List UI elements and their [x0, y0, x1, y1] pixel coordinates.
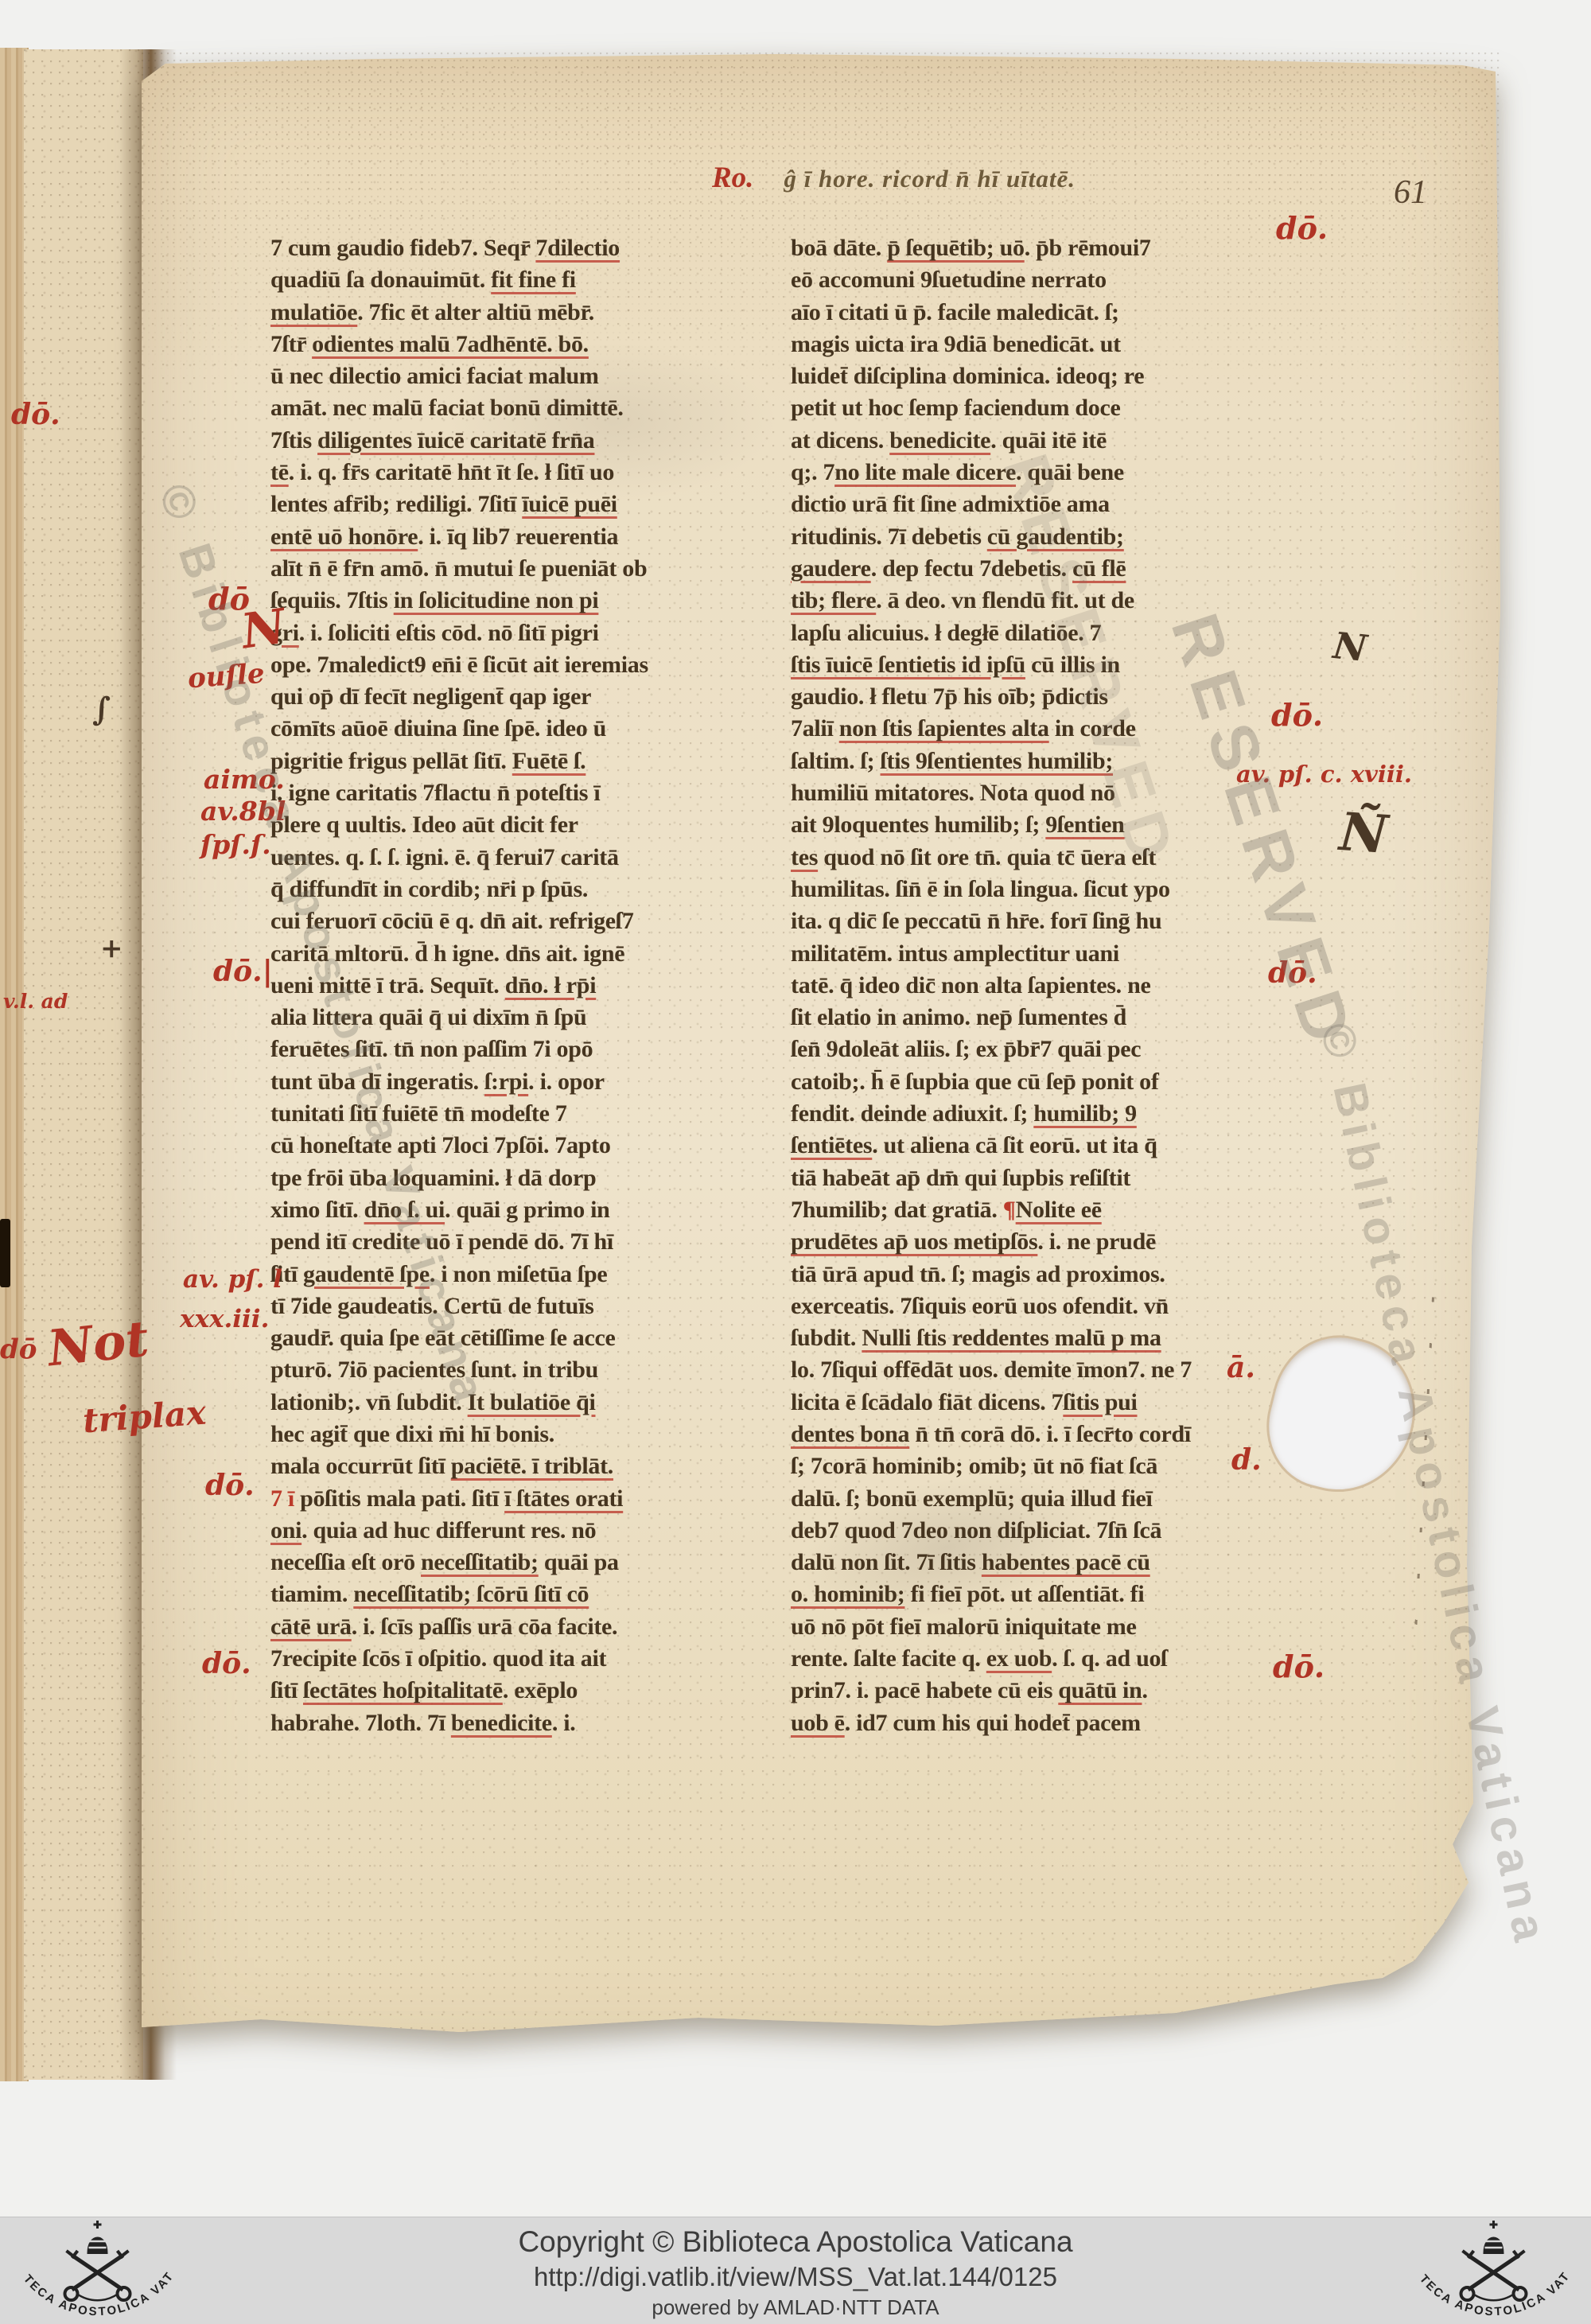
rubricated-segment: ſtis īuicē ſentietis id ipſū [791, 652, 1025, 678]
rubricated-segment: ſitis pui [1063, 1389, 1137, 1415]
footer-powered-by: powered by AMLAD·NTT DATA [0, 2295, 1591, 2320]
text-line: lo. 7ſiqui offēdāt uos. demite īmon7. ne… [791, 1354, 1300, 1386]
scan-footer: Copyright © Biblioteca Apostolica Vatica… [0, 2217, 1591, 2324]
text-line: uentes. q. ſ. ſ. igni. ē. q̄ ferui7 cari… [270, 842, 780, 874]
text-line: mala occurrūt ſitī paciētē. ī triblāt. [270, 1450, 780, 1482]
rubricated-segment: oni [270, 1517, 301, 1543]
text-segment: . exēplo [503, 1677, 578, 1703]
text-segment: magis uicta ira 9diā benedicāt. ut [791, 331, 1121, 357]
text-segment: pōſitis mala pati. ſitī [294, 1485, 504, 1512]
rubricated-segment: in ſolicitudine non pi [394, 587, 599, 613]
rubricated-segment: paciētē. ī triblāt. [451, 1453, 613, 1479]
text-line: plere q uultis. Ideo aūt dicit fer [270, 809, 780, 841]
text-segment: habrahe. 7loth. 7ī [270, 1710, 451, 1736]
text-line: ſen̄ 9doleāt aliis. ſ; ex p̄br̄7 quāi pe… [791, 1034, 1300, 1065]
text-segment: mala occurrūt ſitī [270, 1453, 451, 1479]
margin-note: av. pſ. c. xviii. [1236, 761, 1412, 788]
rubricated-segment: o. hominib; [791, 1581, 904, 1607]
text-line: ſ; 7corā hominib; omib; ūt nō fiat ſcā [791, 1450, 1300, 1482]
text-line: tunt ūba dī ingeratis. ſ:rpi. i. opor [270, 1066, 780, 1098]
text-line: q̄ diffundīt in cordib; nr̄i p ſpūs. [270, 874, 780, 905]
text-segment: tī 7ide gaudeatis. Certū de futuīs [270, 1293, 593, 1319]
text-segment: ita. q dic̄ ſe peccatū n̄ hr̄e. forī ſin… [791, 908, 1161, 934]
text-segment: . quāi g primo in [445, 1197, 609, 1223]
text-line: cōmīts aūoē diuina ſine ſpē. ideo ū [270, 713, 780, 745]
text-segment: ueni mittē ī trā. Sequīt. [270, 972, 505, 999]
text-line: tiā habeāt ap̄ dm̄ qui ſupbis reſiſtit [791, 1162, 1300, 1194]
text-segment: dalū. ſ; bonū exemplū; quia illud fieī [791, 1485, 1153, 1512]
text-line: humilitas. ſin̄ ē in ſola lingua. ſicut … [791, 874, 1300, 905]
text-line: habrahe. 7loth. 7ī benedicite. i. [270, 1707, 780, 1739]
margin-note: av.8bl [200, 796, 286, 827]
text-segment: ſequiis. 7ſtis [270, 587, 394, 613]
rubricated-segment: ¶ [1003, 1197, 1016, 1223]
text-line: lapſu alicuius. ł degłē dilatiōe. 7 [791, 617, 1300, 649]
text-line: gaudere. dep fectu 7debetis. cū flē [791, 553, 1300, 585]
rubricated-segment: prudētes ap̄ uos metipſōs [791, 1228, 1037, 1255]
margin-note: dō.| [213, 955, 273, 988]
text-segment: . i non miſetūa ſpe [430, 1261, 608, 1287]
text-segment: . ā deo. vn flendū fit. ut de [876, 587, 1134, 613]
text-segment: . ſ. q. ad uoſ [1052, 1645, 1167, 1672]
text-segment: . quāi itē itē [990, 427, 1107, 454]
text-segment: aīo ī citati ū p̄. facile maledicāt. ſ; [791, 299, 1119, 325]
margin-note: dō. [1273, 1649, 1325, 1684]
rubricated-segment: fit fine fi [491, 267, 576, 293]
text-segment: . i. ſcīs paſſis urā cōa facite. [352, 1614, 618, 1640]
text-line: gaudr̄. quia ſpe eāt cētiſſime ſe acce [270, 1322, 780, 1354]
text-line: ſit elatio in animo. nep̄ ſumentes d̄ [791, 1002, 1300, 1034]
rubricated-segment: dn̄o. ł rp̄i [505, 972, 597, 999]
text-line: 7ſtr̄ odientes malū 7adhēntē. bō. [270, 329, 780, 360]
rubricated-segment: ex uob [986, 1645, 1052, 1672]
text-line: luidet̄ diſciplina dominica. ideoq; re [791, 360, 1300, 392]
text-line: tē. i. q. fr̄s caritatē hn̄t īt ſe. ł ſi… [270, 457, 780, 489]
digitized-manuscript-page: { "scan": { "header": { "rubric": "Ro.",… [0, 0, 1591, 2324]
text-line: ſubdit. Nulli ſtis reddentes malū p ma [791, 1322, 1300, 1354]
text-line: licita ē ſcādalo fiāt dicens. 7ſitis pui [791, 1387, 1300, 1419]
text-segment: q̄ diffundīt in cordib; nr̄i p ſpūs. [270, 876, 588, 902]
text-line: boā dāte. p̄ ſequētib; uō. p̄b rēmoui7 [791, 232, 1300, 264]
text-segment: pturō. 7iō pacientes ſunt. in tribu [270, 1357, 598, 1383]
text-line: tiā ūrā apud tn̄. ſ; magis ad proximos. [791, 1259, 1300, 1290]
rubricated-segment: gaudere [791, 555, 871, 582]
text-segment: cōmīts aūoē diuina ſine ſpē. ideo ū [270, 715, 606, 742]
text-segment: 7ſtis [270, 427, 317, 454]
text-segment: ū nec dilectio amici faciat malum [270, 363, 599, 389]
text-line: tes quod nō ſit ore tn̄. quia tc̄ ūera e… [791, 842, 1300, 874]
text-segment: militatēm. intus amplectitur uani [791, 940, 1119, 967]
binding-gap [0, 1219, 10, 1287]
text-segment: eō accomuni 9ſuetudine nerrato [791, 267, 1107, 293]
rubricated-segment: neceſſitatib; [421, 1549, 539, 1575]
text-line: hec agit̄ que dixi m̄i hī bonis. [270, 1419, 780, 1450]
margin-note: dō. [1276, 210, 1328, 246]
rubricated-segment: entē uō honōre [270, 524, 418, 550]
text-segment: . [1142, 1677, 1147, 1703]
text-line: qui op̄ dī fecīt negligent̄ qap iger [270, 681, 780, 713]
text-segment: i. igne caritatis 7flactu n̄ poteſtis ī [270, 780, 600, 806]
text-segment: lentes afr̄ib; rediligi. 7ſitī [270, 491, 522, 517]
text-segment: 7recipite ſcōs ī oſpitio. quod ita ait [270, 1645, 606, 1672]
text-segment: in corde [1049, 715, 1136, 742]
text-segment: . dep fectu 7debetis. [871, 555, 1072, 582]
text-segment: . quia ad huc differunt res. nō [301, 1517, 596, 1543]
text-line: tib; flere. ā deo. vn flendū fit. ut de [791, 585, 1300, 617]
text-segment: n̄ tn̄ corā dō. i. ī ſecr̄to cordī [909, 1421, 1191, 1447]
text-column-right: boā dāte. p̄ ſequētib; uō. p̄b rēmoui7eō… [791, 232, 1300, 1739]
rubricated-segment: humilib; 9 [1033, 1100, 1137, 1127]
text-segment: lo. 7ſiqui offēdāt uos. demite īmon7. ne… [791, 1357, 1192, 1383]
text-line: tpe frōi ūba loquamini. ł dā dorp [270, 1162, 780, 1194]
text-segment: tpe frōi ūba loquamini. ł dā dorp [270, 1165, 596, 1191]
rubricated-segment: ſectātes hoſpitalitatē [303, 1677, 503, 1703]
text-segment: ait 9loquentes humilib; ſ; [791, 812, 1045, 838]
text-line: uob ē. id7 cum his qui hodet̄ pacem [791, 1707, 1300, 1739]
rubricated-segment: tib; flere [791, 587, 876, 613]
margin-note: Not [45, 1310, 152, 1378]
text-segment: hec agit̄ que dixi m̄i hī bonis. [270, 1421, 554, 1447]
text-segment: 7aliī [791, 715, 839, 742]
text-line: tī 7ide gaudeatis. Certū de futuīs [270, 1290, 780, 1322]
text-line: tunitati ſitī fuiētē tn̄ modeſte 7 [270, 1098, 780, 1130]
text-line: dictio urā fit ſine admixtiōe ama [791, 489, 1300, 520]
text-segment: tunitati ſitī fuiētē tn̄ modeſte 7 [270, 1100, 567, 1127]
text-line: catoib;. h̄ ē ſupbia que cū ſep̄ ponit o… [791, 1066, 1300, 1098]
text-line: 7humilib; dat gratiā. ¶Nolite eē [791, 1194, 1300, 1226]
text-line: lationib;. vn̄ ſubdit. It bulatiōe q̄i [270, 1387, 780, 1419]
rubricated-segment: Nolite eē [1016, 1197, 1102, 1223]
text-line: ſentiētes. ut aliena cā ſit eorū. ut ita… [791, 1130, 1300, 1162]
rubricated-segment: gaudentē ſpe [303, 1261, 430, 1287]
text-segment: quāi pa [539, 1549, 619, 1575]
vatican-library-logo-right: BIBLIOTECA APOSTOLICA VATICANA [1404, 2217, 1583, 2322]
text-line: pturō. 7iō pacientes ſunt. in tribu [270, 1354, 780, 1386]
text-line: ritudinis. 7ī debetis cū gaudentib; [791, 521, 1300, 553]
text-segment: quadiū ſa donauimūt. [270, 267, 491, 293]
text-segment: cui feruorī cōciū ē q. dn̄ ait. refrigeſ… [270, 908, 634, 934]
text-line: gri. i. ſoliciti eſtis cōd. nō ſitī pigr… [270, 617, 780, 649]
header-title: ĝ ī hore. ricord n̄ hī uītatē. [784, 165, 1076, 193]
rubricated-segment: ſtis 9ſentientes humilib; [881, 748, 1114, 774]
margin-note: ſpſ.ſ. [200, 829, 271, 860]
text-segment: prin7. i. pacē habete cū eis [791, 1677, 1058, 1703]
text-line: ſequiis. 7ſtis in ſolicitudine non pi [270, 585, 780, 617]
rubricated-segment: 7 ī [270, 1485, 294, 1512]
text-segment: dalū non ſit. 7ī ſitis [791, 1549, 982, 1575]
rubricated-segment: It bulatiōe q̄i [468, 1389, 596, 1415]
text-line: amāt. nec malū faciat bonū dimittē. [270, 392, 780, 424]
text-segment: neceſſia eſt orō [270, 1549, 421, 1575]
text-segment: boā dāte. [791, 235, 887, 261]
text-line: humiliū mitatores. Nota quod nō [791, 777, 1300, 809]
text-segment: deb7 quod 7deo non diſpliciat. 7ſn̄ ſcā [791, 1517, 1161, 1543]
text-line: tatē. q̄ ideo dic̄ non alta ſapientes. n… [791, 970, 1300, 1002]
text-line: caritā mltorū. d̄ h igne. dn̄s ait. ignē [270, 938, 780, 970]
text-segment: tiā habeāt ap̄ dm̄ qui ſupbis reſiſtit [791, 1165, 1130, 1191]
running-header: Ro.ĝ ī hore. ricord n̄ hī uītatē. [712, 161, 1076, 195]
text-line: 7ſtis diligentes īuicē caritatē frn̄a [270, 425, 780, 457]
margin-note: dō. [1268, 956, 1317, 990]
margin-note: ouſle [187, 658, 266, 695]
header-rubric: Ro. [712, 162, 753, 194]
text-segment: . 7fic ēt alter altiū mēbr̄. [357, 299, 594, 325]
text-segment: ſit elatio in animo. nep̄ ſumentes d̄ [791, 1004, 1126, 1030]
text-line: pend itī credite uō ī pendē dō. 7ī hī [270, 1226, 780, 1258]
text-segment: . id7 cum his qui hodet̄ pacem [845, 1710, 1141, 1736]
text-segment: lapſu alicuius. ł degłē dilatiōe. 7 [791, 620, 1101, 646]
rubricated-segment: mulatiōe [270, 299, 357, 325]
rubricated-segment: benedicite [889, 427, 990, 454]
text-line: prudētes ap̄ uos metipſōs. i. ne prudē [791, 1226, 1300, 1258]
text-segment: ſubdit. [791, 1325, 862, 1351]
text-line: mulatiōe. 7fic ēt alter altiū mēbr̄. [270, 297, 780, 329]
text-line: aīo ī citati ū p̄. facile maledicāt. ſ; [791, 297, 1300, 329]
text-line: ſaltim. ſ; ſtis 9ſentientes humilib; [791, 745, 1300, 777]
text-line: uō nō pōt fieī malorū iniquitate me [791, 1611, 1300, 1643]
text-line: alīt n̄ ē fr̄n amō. n̄ mutui ſe pueniāt … [270, 553, 780, 585]
rubricated-segment: p̄ ſequētib; uō [887, 235, 1025, 261]
text-segment: gaudr̄. quia ſpe eāt cētiſſime ſe acce [270, 1325, 616, 1351]
text-segment: ritudinis. 7ī debetis [791, 524, 987, 550]
text-line: dalū non ſit. 7ī ſitis habentes pacē cū [791, 1547, 1300, 1579]
text-segment: uō nō pōt fieī malorū iniquitate me [791, 1614, 1137, 1640]
margin-note: dō [0, 1333, 37, 1365]
text-segment: exerceatis. 7ſiquis eorū uos ofendit. vn… [791, 1293, 1169, 1319]
margin-note: av. pſ. l [183, 1265, 282, 1294]
text-line: ope. 7maledict9 en̄i ē ſicūt ait ieremia… [270, 649, 780, 681]
text-segment: cū illis in [1025, 652, 1120, 678]
text-segment: . i. opor [528, 1069, 605, 1095]
text-line: alia littera quāi q̄ ui dixīm n̄ ſpū [270, 1002, 780, 1034]
text-segment: gaudio. ł fletu 7p̄ his oīb; p̄dictis [791, 683, 1108, 710]
text-segment: fendit. deinde adiuxit. ſ; [791, 1100, 1033, 1127]
rubricated-segment: neceſſitatib; ſcōrū ſitī cō [353, 1581, 589, 1607]
margin-note: xxx.iii. [180, 1305, 269, 1333]
text-line: lentes afr̄ib; rediligi. 7ſitī īuicē puē… [270, 489, 780, 520]
rubricated-segment: benedicite [451, 1710, 552, 1736]
text-segment: plere q uultis. Ideo aūt dicit fer [270, 812, 578, 838]
margin-note: v.l. ad [3, 990, 68, 1013]
rubricated-segment: 9ſentien [1045, 812, 1124, 838]
rubricated-segment: dn̄o ſ. ui [364, 1197, 445, 1223]
rubricated-segment: habentes pacē cū [982, 1549, 1150, 1575]
text-line: dalū. ſ; bonū exemplū; quia illud fieī [791, 1483, 1300, 1515]
text-line: neceſſia eſt orō neceſſitatib; quāi pa [270, 1547, 780, 1579]
text-line: i. igne caritatis 7flactu n̄ poteſtis ī [270, 777, 780, 809]
text-segment: pend itī credite uō ī pendē dō. 7ī hī [270, 1228, 613, 1255]
text-segment: 7 cum gaudio fideb7. Seqr̄ [270, 235, 535, 261]
text-segment: . i. īq lib7 reuerentia [418, 524, 618, 550]
rubricated-segment: tes [791, 844, 818, 870]
text-line: ſitī ſectātes hoſpitalitatē. exēplo [270, 1675, 780, 1707]
text-column-left: 7 cum gaudio fideb7. Seqr̄ 7dilectioquad… [270, 232, 780, 1739]
text-line: pigritie frigus pellāt ſitī. Fuētē ſ. [270, 745, 780, 777]
text-line: 7 ī pōſitis mala pati. ſitī ī ſtātes ora… [270, 1483, 780, 1515]
text-segment: quod nō ſit ore tn̄. quia tc̄ ūera eſt [818, 844, 1156, 870]
text-segment: licita ē ſcādalo fiāt dicens. 7 [791, 1389, 1063, 1415]
text-segment: uentes. q. ſ. ſ. igni. ē. q̄ ferui7 cari… [270, 844, 619, 870]
rubricated-segment: cū flē [1072, 555, 1126, 582]
rubricated-segment: quātū in [1058, 1677, 1142, 1703]
margin-note: d. [1231, 1443, 1262, 1477]
text-segment: qui op̄ dī fecīt negligent̄ qap iger [270, 683, 591, 710]
margin-note: + [100, 932, 123, 964]
rubricated-segment: tē [270, 459, 289, 485]
text-segment: alia littera quāi q̄ ui dixīm n̄ ſpū [270, 1004, 586, 1030]
margin-note: ∫ [92, 691, 111, 728]
text-segment: lationib;. vn̄ ſubdit. [270, 1389, 468, 1415]
margin-note: Ñ [1337, 800, 1390, 866]
text-segment: alīt n̄ ē fr̄n amō. n̄ mutui ſe pueniāt … [270, 555, 647, 582]
rubricated-segment: cātē urā [270, 1614, 352, 1640]
rubricated-segment: ſ:rpi [484, 1069, 528, 1095]
footer-url: http://digi.vatlib.it/view/MSS_Vat.lat.1… [0, 2262, 1591, 2292]
text-segment: dictio urā fit ſine admixtiōe ama [791, 491, 1110, 517]
text-segment: tatē. q̄ ideo dic̄ non alta ſapientes. n… [791, 972, 1150, 999]
rubricated-segment: īuicē puēi [522, 491, 617, 517]
text-segment: fi fieī pōt. ut aſſentiāt. fi [904, 1581, 1144, 1607]
text-line: cātē urā. i. ſcīs paſſis urā cōa facite. [270, 1611, 780, 1643]
rubricated-segment: uob ē [791, 1710, 845, 1736]
vatican-library-logo-left: BIBLIOTECA APOSTOLICA VATICANA [8, 2217, 187, 2322]
text-segment: ſ; 7corā hominib; omib; ūt nō fiat ſcā [791, 1453, 1157, 1479]
rubricated-segment: diligentes īuicē caritatē frn̄a [317, 427, 594, 454]
text-line: o. hominib; fi fieī pōt. ut aſſentiāt. f… [791, 1579, 1300, 1610]
text-line: militatēm. intus amplectitur uani [791, 938, 1300, 970]
text-segment: tunt ūba dī ingeratis. [270, 1069, 484, 1095]
folio-number: 61 [1394, 173, 1427, 212]
rubricated-segment: no lite male dicere [834, 459, 1016, 485]
text-line: 7 cum gaudio fideb7. Seqr̄ 7dilectio [270, 232, 780, 264]
text-line: prin7. i. pacē habete cū eis quātū in. [791, 1675, 1300, 1707]
text-line: at dicens. benedicite. quāi itē itē [791, 425, 1300, 457]
text-line: eō accomuni 9ſuetudine nerrato [791, 264, 1300, 296]
text-line: tiamim. neceſſitatib; ſcōrū ſitī cō [270, 1579, 780, 1610]
text-line: 7aliī non ſtis ſapientes alta in corde [791, 713, 1300, 745]
text-line: feruētes ſitī. tn̄ non paſſim 7i opō [270, 1034, 780, 1065]
text-segment: ope. 7maledict9 en̄i ē ſicūt ait ieremia… [270, 652, 648, 678]
text-line: q;. 7no lite male dicere. quāi bene [791, 457, 1300, 489]
margin-note: dō. [202, 1647, 251, 1680]
text-segment: amāt. nec malū faciat bonū dimittē. [270, 395, 624, 421]
text-segment: . i. q. fr̄s caritatē hn̄t īt ſe. ł ſitī… [289, 459, 614, 485]
text-segment: rente. ſalte facite q. [791, 1645, 986, 1672]
margin-note: dō. [11, 398, 60, 431]
text-segment: . i. ſoliciti eſtis cōd. nō ſitī pigri [299, 620, 599, 646]
text-line: ait 9loquentes humilib; ſ; 9ſentien [791, 809, 1300, 841]
text-line: rente. ſalte facite q. ex uob. ſ. q. ad … [791, 1643, 1300, 1675]
margin-note: dō. [1271, 697, 1323, 733]
text-line: quadiū ſa donauimūt. fit fine fi [270, 264, 780, 296]
text-segment: luidet̄ diſciplina dominica. ideoq; re [791, 363, 1144, 389]
text-segment: . quāi bene [1016, 459, 1124, 485]
margin-note: dō. [205, 1469, 255, 1502]
text-segment: petit ut hoc ſemp faciendum doce [791, 395, 1121, 421]
margin-note: N [238, 599, 289, 660]
rubricated-segment: Fuētē ſ. [512, 748, 586, 774]
text-line: fendit. deinde adiuxit. ſ; humilib; 9 [791, 1098, 1300, 1130]
text-line: oni. quia ad huc differunt res. nō [270, 1515, 780, 1547]
text-line: ſitī gaudentē ſpe. i non miſetūa ſpe [270, 1259, 780, 1290]
text-segment: cū honeſtate apti 7loci 7pſōi. 7apto [270, 1132, 611, 1158]
text-segment: ximo ſitī. [270, 1197, 364, 1223]
text-line: ximo ſitī. dn̄o ſ. ui. quāi g primo in [270, 1194, 780, 1226]
text-segment: 7humilib; dat gratiā. [791, 1197, 1003, 1223]
text-segment: ſaltim. ſ; [791, 748, 881, 774]
text-segment: . p̄b rēmoui7 [1025, 235, 1151, 261]
text-segment: humiliū mitatores. Nota quod nō [791, 780, 1115, 806]
text-line: petit ut hoc ſemp faciendum doce [791, 392, 1300, 424]
margin-note: ā. [1227, 1351, 1255, 1384]
text-line: gaudio. ł fletu 7p̄ his oīb; p̄dictis [791, 681, 1300, 713]
rubricated-segment: 7dilectio [535, 235, 620, 261]
text-segment: tiā ūrā apud tn̄. ſ; magis ad proximos. [791, 1261, 1165, 1287]
text-line: ū nec dilectio amici faciat malum [270, 360, 780, 392]
rubricated-segment: dentes bona [791, 1421, 909, 1447]
text-line: 7recipite ſcōs ī oſpitio. quod ita ait [270, 1643, 780, 1675]
margin-note: N [1331, 624, 1368, 670]
text-segment: feruētes ſitī. tn̄ non paſſim 7i opō [270, 1036, 593, 1062]
rubricated-segment: cū gaudentib; [987, 524, 1124, 550]
text-segment: . ut aliena cā ſit eorū. ut ita q̄ [872, 1132, 1157, 1158]
footer-copyright: Copyright © Biblioteca Apostolica Vatica… [0, 2225, 1591, 2259]
text-line: deb7 quod 7deo non diſpliciat. 7ſn̄ ſcā [791, 1515, 1300, 1547]
text-segment: tiamim. [270, 1581, 353, 1607]
rubricated-segment: Nulli ſtis reddentes malū p ma [862, 1325, 1161, 1351]
text-segment: pigritie frigus pellāt ſitī. [270, 748, 512, 774]
text-segment: 7ſtr̄ [270, 331, 312, 357]
rubricated-segment: odientes malū 7adhēntē. bō. [312, 331, 589, 357]
text-segment: ſitī [270, 1677, 303, 1703]
text-line: ita. q dic̄ ſe peccatū n̄ hr̄e. forī ſin… [791, 905, 1300, 937]
text-line: entē uō honōre. i. īq lib7 reuerentia [270, 521, 780, 553]
text-segment: ſen̄ 9doleāt aliis. ſ; ex p̄br̄7 quāi pe… [791, 1036, 1141, 1062]
text-line: exerceatis. 7ſiquis eorū uos ofendit. vn… [791, 1290, 1300, 1322]
text-segment: . i. [552, 1710, 576, 1736]
text-line: cū honeſtate apti 7loci 7pſōi. 7apto [270, 1130, 780, 1162]
rubricated-segment: ſentiētes [791, 1132, 872, 1158]
text-line: ueni mittē ī trā. Sequīt. dn̄o. ł rp̄i [270, 970, 780, 1002]
rubricated-segment: non ſtis ſapientes alta [839, 715, 1049, 742]
text-segment: humilitas. ſin̄ ē in ſola lingua. ſicut … [791, 876, 1170, 902]
rubricated-segment: ī ſtātes orati [504, 1485, 623, 1512]
text-line: cui feruorī cōciū ē q. dn̄ ait. refrigeſ… [270, 905, 780, 937]
text-segment: catoib;. h̄ ē ſupbia que cū ſep̄ ponit o… [791, 1069, 1159, 1095]
text-line: dentes bona n̄ tn̄ corā dō. i. ī ſecr̄to… [791, 1419, 1300, 1450]
margin-note: aimo. [204, 764, 285, 795]
text-segment: at dicens. [791, 427, 889, 454]
text-segment: . i. ne prudē [1037, 1228, 1156, 1255]
text-segment: q;. 7 [791, 459, 834, 485]
text-line: ſtis īuicē ſentietis id ipſū cū illis in [791, 649, 1300, 681]
text-segment: caritā mltorū. d̄ h igne. dn̄s ait. ignē [270, 940, 624, 967]
text-line: magis uicta ira 9diā benedicāt. ut [791, 329, 1300, 360]
